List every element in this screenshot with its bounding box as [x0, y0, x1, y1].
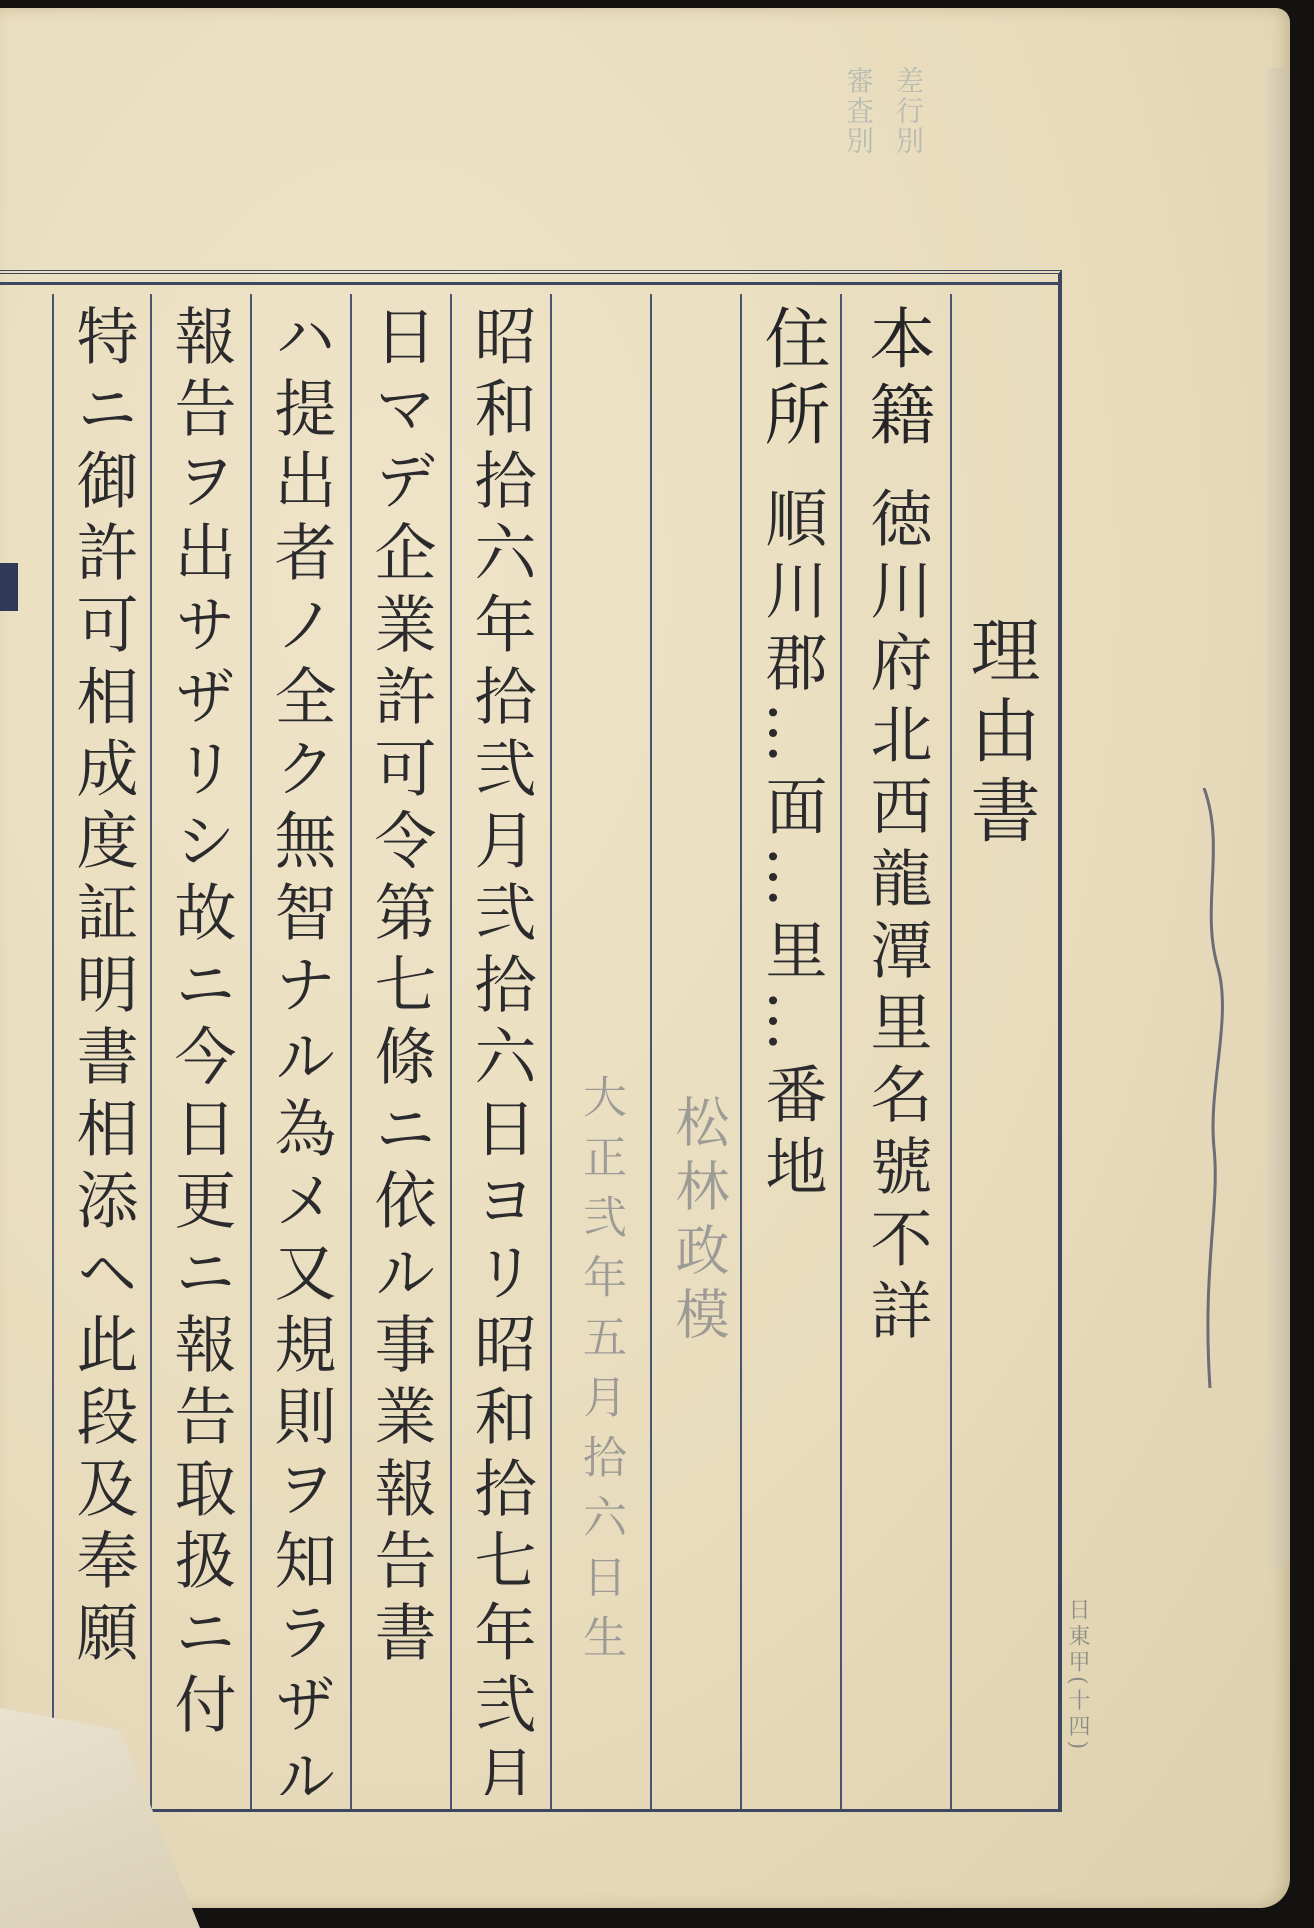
ruled-frame: 理由書 本籍徳川府北西龍潭里名號不詳 住所順川郡…面…里…番地 松林政模 大正弐… — [0, 270, 1062, 1812]
applicant-name: 松林政模 — [652, 294, 744, 1795]
faint-stamp: 差行別 審査別 — [808, 66, 928, 196]
page-edge — [1268, 68, 1290, 1568]
stamp-line-2: 審査別 — [838, 66, 878, 196]
jusho-value: 順川郡…面…里…番地 — [755, 486, 828, 1206]
body-line-5: 特ニ御許可相成度証明書相添ヘ此段及奉願 — [56, 294, 148, 1795]
body-line-1: 昭和拾六年拾弐月弐拾六日ヨリ昭和拾七年弐月弐拾日附 — [454, 294, 546, 1795]
pencil-scribble-mark — [1196, 788, 1234, 1388]
honseki-row: 本籍徳川府北西龍潭里名號不詳 — [850, 294, 942, 1795]
jusho-label: 住所 — [753, 304, 830, 456]
jusho-row: 住所順川郡…面…里…番地 — [745, 294, 837, 1795]
honseki-label: 本籍 — [858, 304, 935, 456]
birth-date: 大正弐年五月拾六日生 — [554, 294, 646, 1795]
document-title: 理由書 — [954, 294, 1046, 1795]
body-line-3: ハ提出者ノ全ク無智ナル為メ又規則ヲ知ラザルニ付キ — [254, 294, 346, 1795]
honseki-value: 徳川府北西龍潭里名號不詳 — [860, 486, 933, 1350]
body-line-2: 日マデ企業許可令第七條ニ依ル事業報告書 — [354, 294, 446, 1795]
document-page: 差行別 審査別 理由書 本籍徳川府北西龍潭里名號不詳 住所順川郡…面…里…番地 — [0, 8, 1290, 1908]
body-line-4: 報告ヲ出サザリシ故ニ今日更ニ報告取扱ニ付 — [154, 294, 246, 1795]
stamp-line-1: 差行別 — [888, 66, 928, 196]
printer-mark: 日東甲(十四) — [1062, 1598, 1093, 1753]
